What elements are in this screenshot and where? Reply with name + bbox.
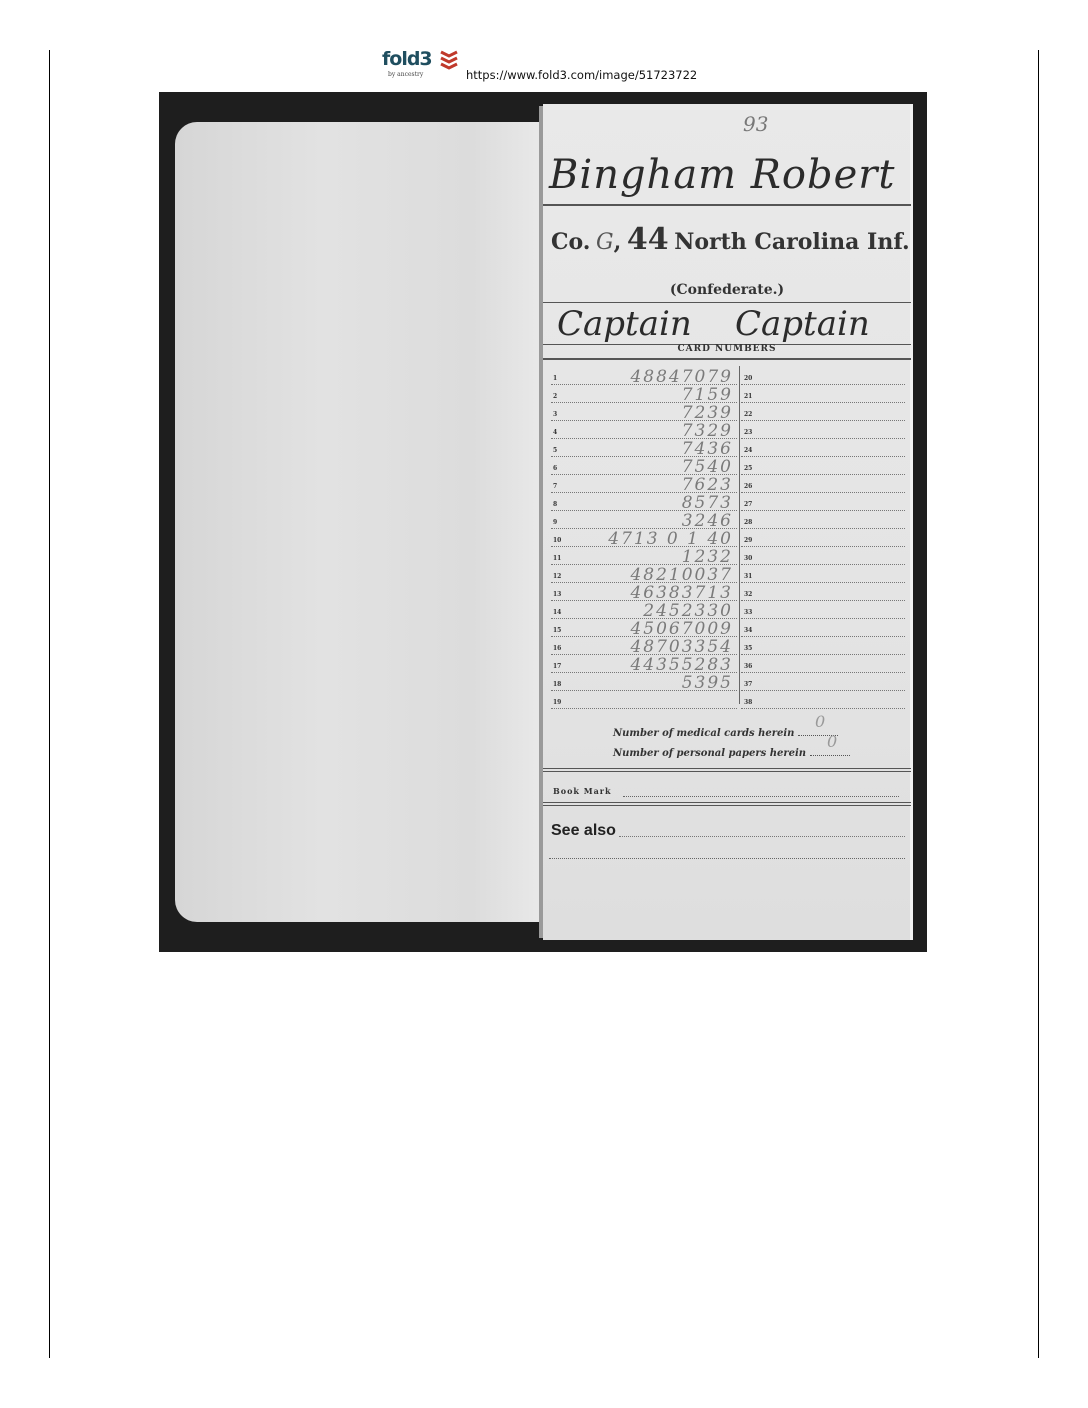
card-row: 1545067009 <box>551 618 737 637</box>
card-row: 185395 <box>551 672 737 691</box>
card-row: 21 <box>741 384 905 403</box>
soldier-name: Bingham Robert <box>549 152 895 198</box>
logo-text: fold3 <box>382 48 432 70</box>
card-row: 1346383713 <box>551 582 737 601</box>
folder-cover-left <box>175 122 547 922</box>
card-row: 19 <box>551 690 737 709</box>
card-numbers-label: CARD NUMBERS <box>543 344 911 354</box>
personal-papers-value: 0 <box>827 732 837 751</box>
card-row: 27159 <box>551 384 737 403</box>
source-url[interactable]: https://www.fold3.com/image/51723722 <box>466 68 697 82</box>
medical-cards-label: Number of medical cards herein <box>613 728 794 739</box>
rank-top-rule <box>543 302 911 303</box>
bookmark-rule-1 <box>543 802 911 803</box>
card-row: 20 <box>741 366 905 385</box>
card-row: 1648703354 <box>551 636 737 655</box>
see-also-line <box>619 836 905 837</box>
card-row: 47329 <box>551 420 737 439</box>
fold3-logo: fold3 by ancestry <box>382 47 432 73</box>
jacket-card: 93 Bingham Robert Co. G, 44 North Caroli… <box>543 104 911 940</box>
card-row: 93246 <box>551 510 737 529</box>
page-header: fold3 by ancestry https://www.fold3.com/… <box>380 47 740 83</box>
card-row: 38 <box>741 690 905 709</box>
card-row: 148847079 <box>551 366 737 385</box>
company-label: Co. <box>551 229 590 255</box>
card-row: 23 <box>741 420 905 439</box>
card-row: 31 <box>741 564 905 583</box>
regiment-state: North Carolina Inf. <box>674 229 909 255</box>
see-also-line-2 <box>549 858 905 859</box>
card-row: 111232 <box>551 546 737 565</box>
medical-cards-line: Number of medical cards herein <box>613 728 838 739</box>
logo-subtext: by ancestry <box>388 71 423 78</box>
chevron-stack-icon <box>440 50 458 70</box>
card-row: 77623 <box>551 474 737 493</box>
card-row: 37239 <box>551 402 737 421</box>
rank-in: Captain <box>557 304 692 344</box>
card-row: 142452330 <box>551 600 737 619</box>
card-row: 35 <box>741 636 905 655</box>
card-row: 32 <box>741 582 905 601</box>
card-row: 1744355283 <box>551 654 737 673</box>
affiliation: (Confederate.) <box>543 282 911 298</box>
card-row: 1248210037 <box>551 564 737 583</box>
card-row: 36 <box>741 654 905 673</box>
unit-line: Co. G, 44 North Carolina Inf. <box>551 222 911 257</box>
card-row: 25 <box>741 456 905 475</box>
regiment-number: 44 <box>627 222 669 257</box>
card-row: 37 <box>741 672 905 691</box>
card-row: 28 <box>741 510 905 529</box>
card-row: 67540 <box>551 456 737 475</box>
name-underline <box>543 204 911 206</box>
card-row: 30 <box>741 546 905 565</box>
bookmark-rule-2 <box>543 805 911 806</box>
book-mark-label: Book Mark <box>553 786 612 796</box>
card-row: 24 <box>741 438 905 457</box>
card-row: 27 <box>741 492 905 511</box>
personal-papers-line: Number of personal papers herein <box>613 748 850 759</box>
card-row: 26 <box>741 474 905 493</box>
page-border-left <box>49 50 50 1358</box>
grid-divider <box>739 366 740 704</box>
card-row: 22 <box>741 402 905 421</box>
book-mark-line <box>623 796 899 797</box>
medical-cards-value: 0 <box>815 712 825 731</box>
personal-papers-label: Number of personal papers herein <box>613 748 806 759</box>
card-row: 57436 <box>551 438 737 457</box>
card-row: 34 <box>741 618 905 637</box>
card-row: 29 <box>741 528 905 547</box>
rank-out: Captain <box>735 304 870 344</box>
card-numbers-rule <box>543 358 911 360</box>
card-row: 104713 0 1 40 <box>551 528 737 547</box>
company-letter: G <box>596 230 614 255</box>
card-row: 88573 <box>551 492 737 511</box>
folder-number: 93 <box>743 112 768 136</box>
counts-rule-1 <box>543 768 911 769</box>
card-numbers-grid: 148847079 27159 37239 47329 57436 67540 … <box>551 366 905 722</box>
card-row: 33 <box>741 600 905 619</box>
document-scan: 93 Bingham Robert Co. G, 44 North Caroli… <box>159 92 927 952</box>
page-border-right <box>1038 50 1039 1358</box>
see-also-label: See also <box>551 822 616 840</box>
counts-rule-2 <box>543 771 911 772</box>
